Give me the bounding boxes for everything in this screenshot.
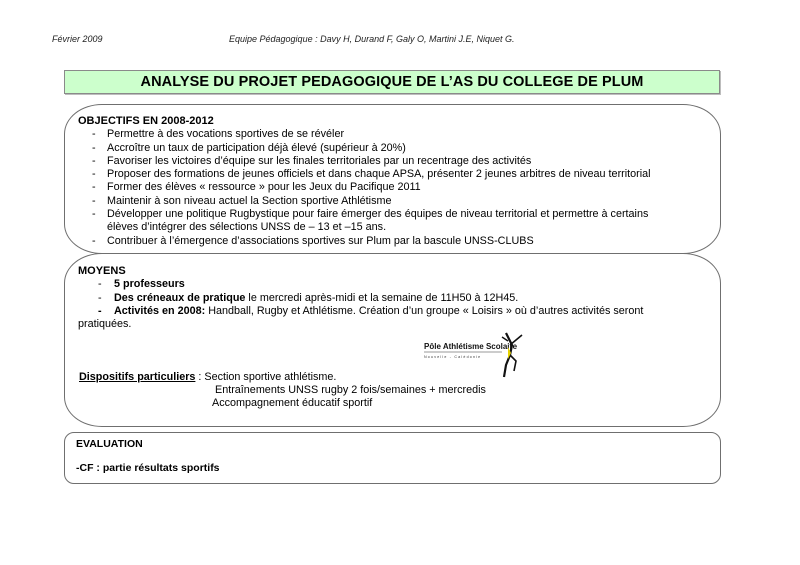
header-team: Equipe Pédagogique : Davy H, Durand F, G…: [229, 34, 514, 44]
evaluation-heading: EVALUATION: [76, 438, 220, 451]
document-title: ANALYSE DU PROJET PEDAGOGIQUE DE L’AS DU…: [64, 70, 720, 94]
list-item: -Permettre à des vocations sportives de …: [78, 128, 718, 141]
list-item: -5 professeurs: [78, 278, 718, 291]
list-item: -Former des élèves « ressource » pour le…: [78, 181, 718, 194]
list-item: -Des créneaux de pratique le mercredi ap…: [78, 292, 718, 305]
evaluation-section: EVALUATION -CF : partie résultats sporti…: [76, 438, 220, 475]
list-item: -Favoriser les victoires d’équipe sur le…: [78, 155, 718, 168]
list-item: -Proposer des formations de jeunes offic…: [78, 168, 718, 181]
dispositifs-particuliers: Dispositifs particuliers : Section sport…: [79, 371, 336, 384]
objectifs-list: -Permettre à des vocations sportives de …: [78, 128, 718, 248]
dispositifs-label: Dispositifs particuliers: [79, 371, 195, 383]
list-item: -Maintenir à son niveau actuel la Sectio…: [78, 195, 718, 208]
list-item: -Activités en 2008: Handball, Rugby et A…: [78, 305, 718, 318]
objectifs-heading: OBJECTIFS EN 2008-2012: [78, 115, 718, 128]
moyens-continuation: pratiquées.: [78, 318, 718, 331]
dispositif-line: Section sportive athlétisme.: [204, 371, 336, 383]
objectifs-section: OBJECTIFS EN 2008-2012 -Permettre à des …: [78, 115, 718, 248]
header-date: Février 2009: [52, 34, 103, 44]
dispositif-line: Entraînements UNSS rugby 2 fois/semaines…: [215, 384, 486, 397]
list-item: -Accroître un taux de participation déjà…: [78, 142, 718, 155]
moyens-heading: MOYENS: [78, 265, 718, 278]
athlete-figure-icon: Pôle Athlétisme Scolaire Nouvelle - Calé…: [422, 331, 527, 379]
list-item: - Contribuer à l’émergence d’association…: [78, 235, 718, 248]
svg-text:Pôle Athlétisme Scolaire: Pôle Athlétisme Scolaire: [424, 342, 518, 351]
svg-text:Nouvelle - Calédonie: Nouvelle - Calédonie: [424, 355, 481, 359]
list-item: -Développer une politique Rugbystique po…: [78, 208, 718, 235]
moyens-section: MOYENS -5 professeurs -Des créneaux de p…: [78, 265, 718, 331]
evaluation-line: -CF : partie résultats sportifs: [76, 462, 220, 475]
moyens-list: -5 professeurs -Des créneaux de pratique…: [78, 278, 718, 318]
dispositif-line: Accompagnement éducatif sportif: [212, 397, 372, 410]
pole-athletisme-logo: Pôle Athlétisme Scolaire Nouvelle - Calé…: [422, 331, 527, 379]
